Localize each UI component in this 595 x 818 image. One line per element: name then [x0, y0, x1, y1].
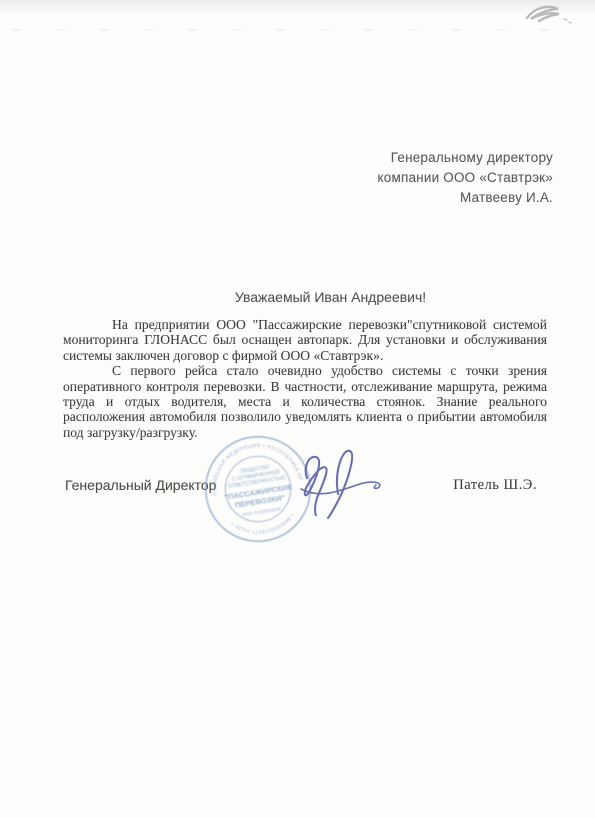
signature-initial-stroke [305, 457, 327, 515]
signature-tall-loop-stroke [328, 451, 352, 518]
recipient-line-2: компании ООО «Ставтрэк» [378, 168, 553, 188]
recipient-line-1: Генеральному директору [378, 148, 553, 168]
signatory-name: Патель Ш.Э. [453, 477, 537, 494]
letter-body: На предприятии ООО "Пассажирские перевоз… [63, 317, 547, 440]
scan-artifact-top-band [0, 0, 595, 16]
greeting: Уважаемый Иван Андреевич! [0, 289, 595, 305]
scanned-letter-page: Генеральному директору компании ООО «Ста… [0, 0, 595, 818]
signatory-title: Генеральный Директор [65, 477, 216, 493]
paragraph-1: На предприятии ООО "Пассажирские перевоз… [63, 317, 547, 363]
handwritten-signature [294, 442, 412, 522]
recipient-line-3: Матвееву И.А. [378, 188, 553, 208]
scan-artifact-dots [12, 29, 583, 31]
recipient-block: Генеральному директору компании ООО «Ста… [378, 148, 553, 208]
pen-scribble-mark [524, 2, 576, 26]
